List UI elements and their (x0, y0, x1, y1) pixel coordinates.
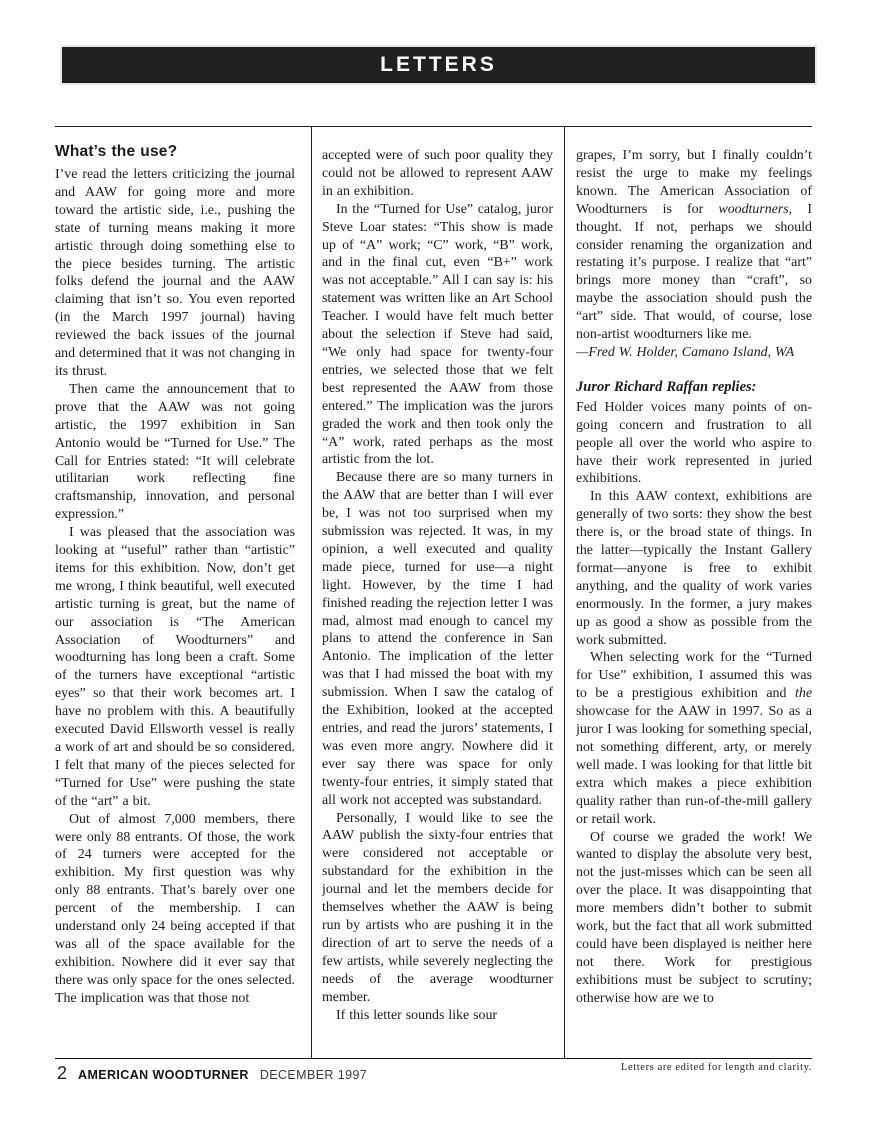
footer-rule (55, 1058, 812, 1059)
paragraph: Personally, I would like to see the AAW … (322, 810, 553, 1007)
paragraph: Out of almost 7,000 members, there were … (55, 811, 295, 1008)
paragraph: Because there are so many turners in the… (322, 469, 553, 809)
letters-header-bar: LETTERS (62, 47, 815, 83)
paragraph: accepted were of such poor quality they … (322, 147, 553, 201)
paragraph: I’ve read the letters criticizing the jo… (55, 166, 295, 381)
page-number: 2 (57, 1063, 67, 1084)
column-divider-2 (564, 126, 565, 1058)
paragraph: Then came the announcement that to prove… (55, 381, 295, 524)
top-rule (55, 126, 812, 127)
issue-date: DECEMBER 1997 (260, 1068, 367, 1082)
text-column-2: accepted were of such poor quality they … (322, 147, 553, 1059)
footer-left: 2 AMERICAN WOODTURNER DECEMBER 1997 (57, 1063, 367, 1084)
letter-heading: What’s the use? (55, 143, 295, 161)
paragraph: When selecting work for the “Turned for … (576, 649, 812, 828)
signature: —Fred W. Holder, Camano Island, WA (576, 344, 812, 362)
italic-text: the (795, 686, 812, 701)
reply-heading: Juror Richard Raffan replies: (576, 379, 812, 397)
magazine-page: LETTERS What’s the use?I’ve read the let… (0, 0, 876, 1133)
column-divider-1 (311, 126, 312, 1058)
italic-text: woodturners, (718, 202, 792, 217)
paragraph: I was pleased that the association was l… (55, 524, 295, 811)
paragraph: grapes, I’m sorry, but I finally couldn’… (576, 147, 812, 344)
edit-note: Letters are edited for length and clarit… (621, 1062, 812, 1073)
magazine-title: AMERICAN WOODTURNER (78, 1068, 249, 1082)
page-title: LETTERS (380, 53, 497, 77)
paragraph: Fed Holder voices many points of on-goin… (576, 399, 812, 489)
paragraph: Of course we graded the work! We wanted … (576, 829, 812, 1008)
paragraph: In this AAW context, exhibitions are gen… (576, 488, 812, 649)
text-column-1: What’s the use?I’ve read the letters cri… (55, 143, 295, 1059)
text-column-3: grapes, I’m sorry, but I finally couldn’… (576, 147, 812, 1059)
paragraph: If this letter sounds like sour (322, 1007, 553, 1025)
paragraph: In the “Turned for Use” catalog, juror S… (322, 201, 553, 470)
